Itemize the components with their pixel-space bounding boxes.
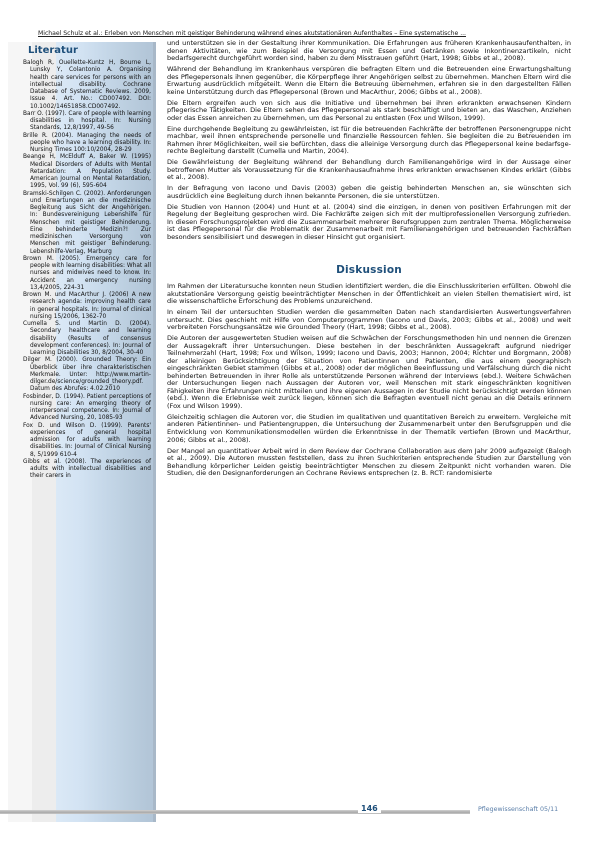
reference-item: Bramski-Schilgen C. (2002). Anforderunge… [23, 191, 151, 256]
body-paragraph: In der Befragung von Iacono und Davis (2… [167, 185, 571, 200]
reference-item: Dilger M. (2000). Grounded Theory: Ein Ü… [23, 357, 151, 393]
references-list: Balogh R, Ouellette-Kuntz H, Bourne L, L… [23, 60, 151, 481]
reference-item: Cumella S. und Martin D. (2004). Seconda… [23, 321, 151, 357]
reference-item: Barr O. (1997). Care of people with lear… [23, 111, 151, 133]
reference-item: Brown M. (2005). Emergency care for peop… [23, 256, 151, 292]
body-paragraph: Die Studien von Hannon (2004) und Hunt e… [167, 204, 571, 242]
reference-item: Balogh R, Ouellette-Kuntz H, Bourne L, L… [23, 60, 151, 111]
footer-rule [0, 810, 470, 814]
body-paragraph: Der Mangel an quantitativer Arbeit wird … [167, 448, 571, 478]
body-paragraph: und unterstützen sie in der Gestaltung i… [167, 40, 571, 63]
body-paragraph: Gleichzeitig schlagen die Autoren vor, d… [167, 414, 571, 444]
reference-item: Beange H, McElduff A, Baker W. (1995) Me… [23, 154, 151, 190]
reference-item: Brown M. und MacArthur J. (2006) A new r… [23, 292, 151, 321]
reference-item: Fosbinder, D. (1994). Patient perception… [23, 394, 151, 423]
running-head: Michael Schulz et al.: Erleben von Mensc… [38, 30, 566, 37]
references-sidebar: Literatur Balogh R, Ouellette-Kuntz H, B… [8, 42, 155, 822]
references-title: Literatur [28, 45, 78, 56]
journal-issue: Pflegewissenschaft 05/11 [478, 806, 558, 813]
body-paragraph: Eine durchgehende Begleitung zu gewährle… [167, 126, 571, 156]
body-paragraph: Im Rahmen der Literatursuche konnten neu… [167, 283, 571, 306]
reference-item: Brille R. (2004). Managing the needs of … [23, 133, 151, 155]
reference-item: Fox D. und Wilson D. (1999). Parents' ex… [23, 423, 151, 459]
body-paragraph: Die Eltern ergreifen auch von sich aus d… [167, 100, 571, 123]
body-paragraph: Die Autoren der ausgewerteten Studien we… [167, 335, 571, 410]
page-number: 146 [358, 804, 381, 813]
reference-item: Gibbs et al. (2008). The experiences of … [23, 459, 151, 481]
main-text-column: und unterstützen sie in der Gestaltung i… [167, 40, 571, 481]
body-paragraph: Während der Behandlung im Krankenhaus ve… [167, 66, 571, 96]
body-paragraph: Die Gewährleistung der Begleitung währen… [167, 159, 571, 182]
section-heading-diskussion: Diskussion [167, 267, 571, 275]
body-paragraph: In einem Teil der untersuchten Studien w… [167, 309, 571, 332]
